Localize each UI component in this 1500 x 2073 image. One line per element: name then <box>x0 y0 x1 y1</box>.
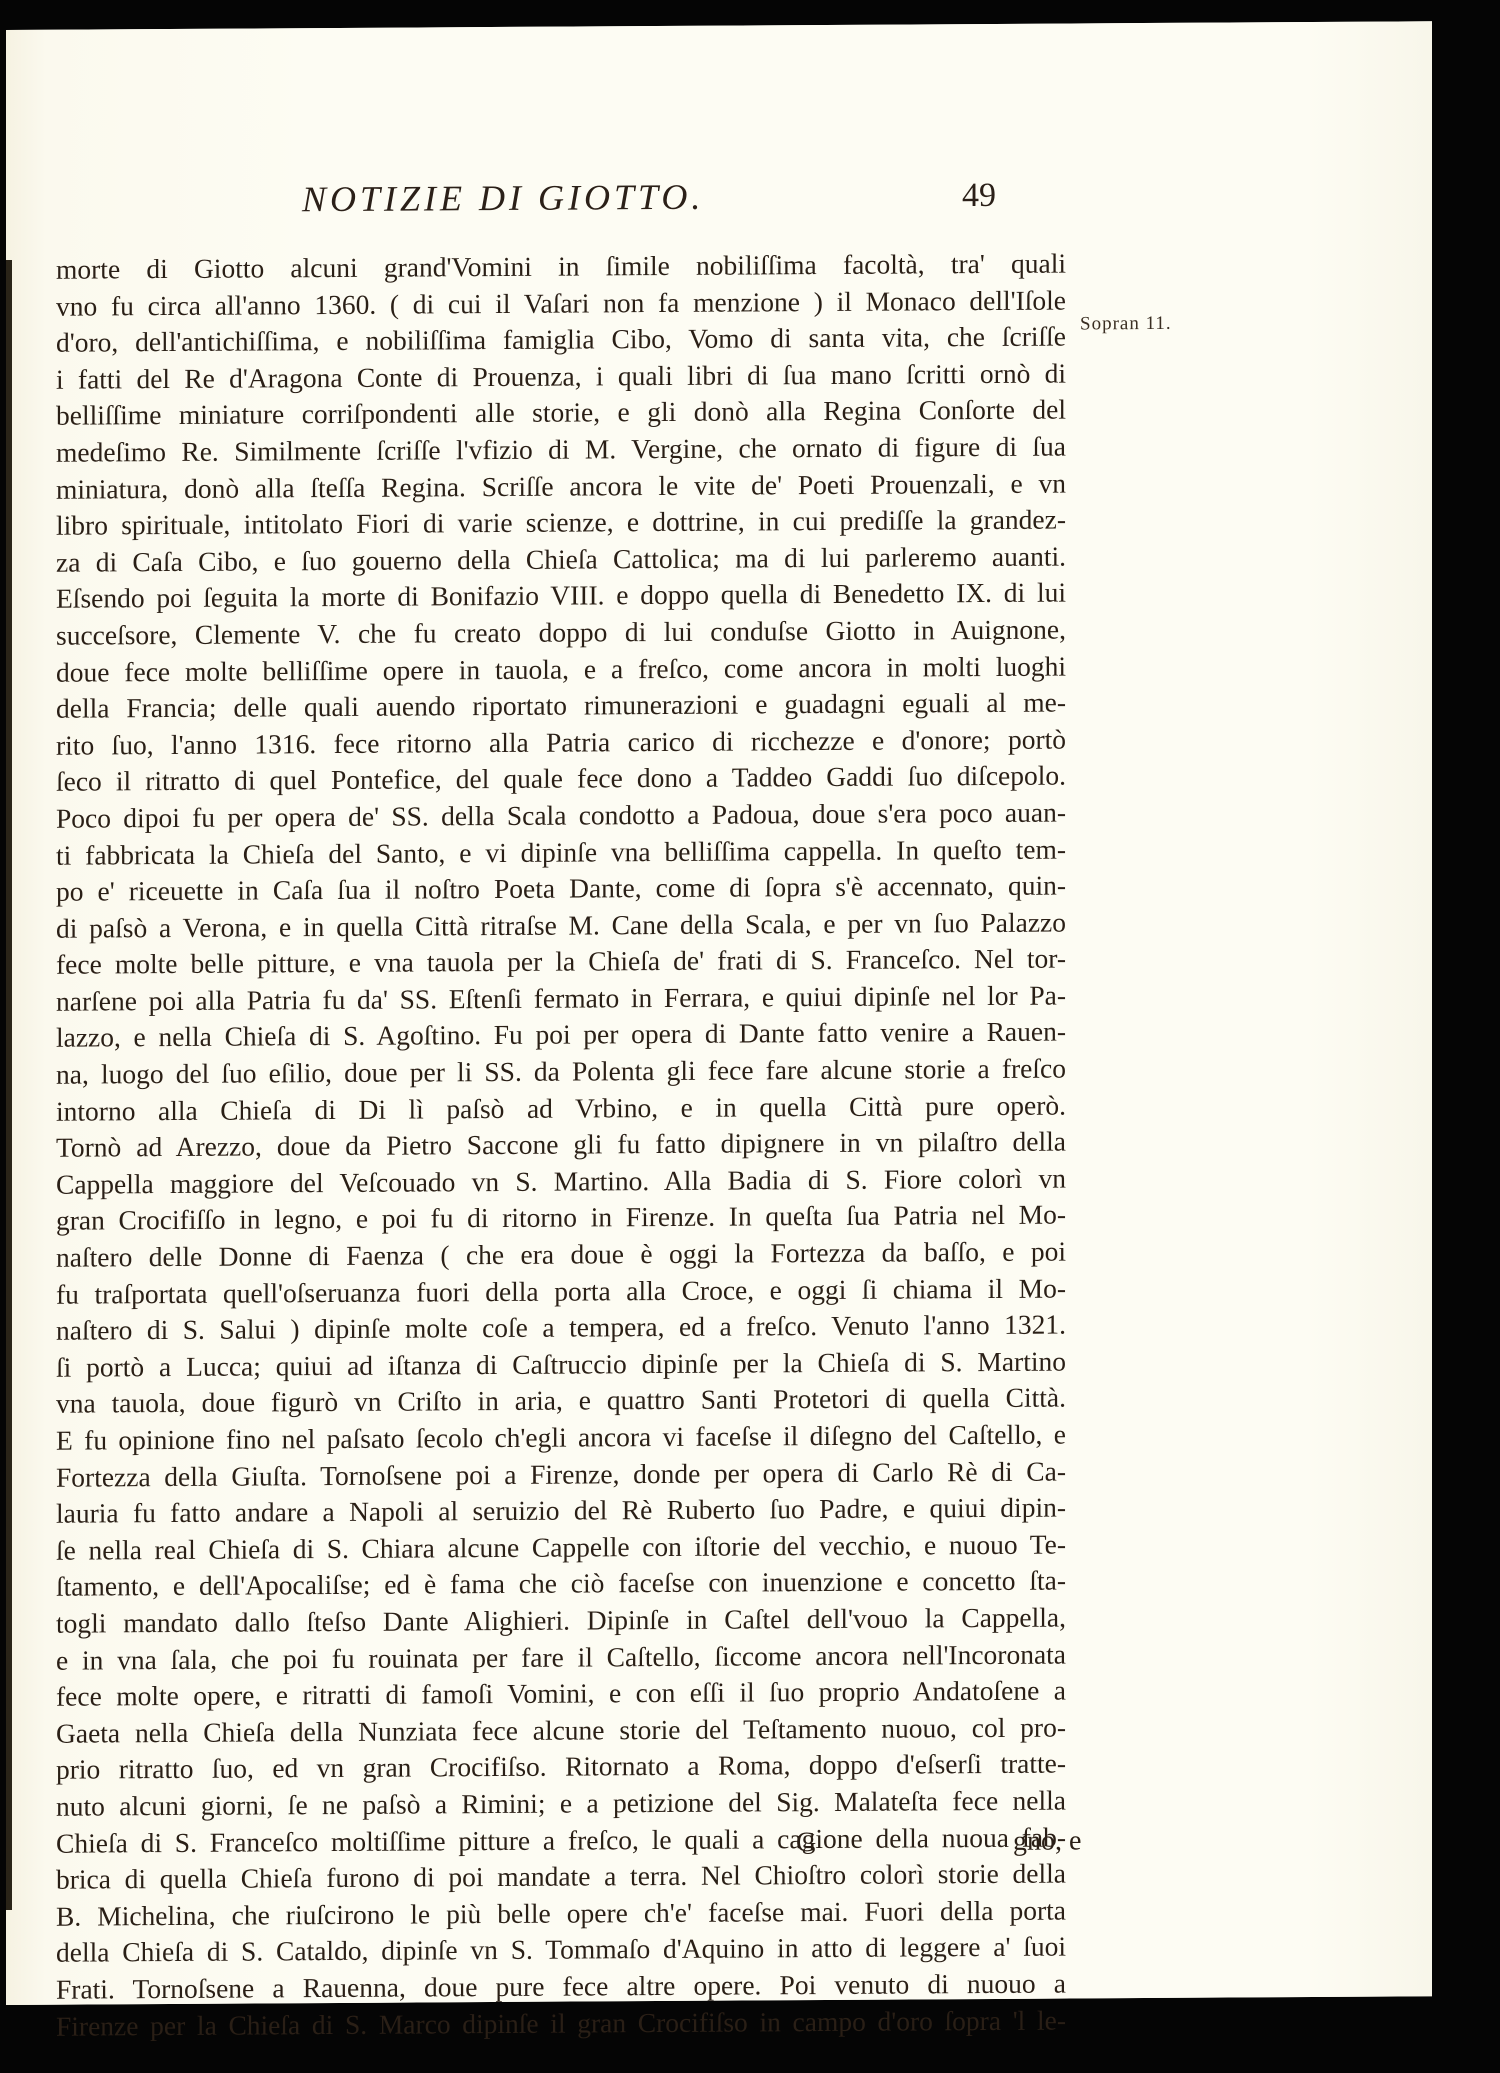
text-line: di paſsò a Verona, e in quella Città rit… <box>56 904 1066 947</box>
text-line: libro spirituale, intitolato Fiori di va… <box>56 502 1066 545</box>
text-line: della Chieſa di S. Cataldo, dipinſe vn S… <box>56 1929 1066 1972</box>
text-line: della Francia; delle quali auendo riport… <box>56 685 1066 728</box>
text-line: Poco dipoi fu per opera de' SS. della Sc… <box>56 794 1066 837</box>
text-line: medeſimo Re. Similmente ſcriſſe l'vfizio… <box>56 428 1066 471</box>
text-line: miniatura, donò alla ſteſſa Regina. Scri… <box>56 465 1066 508</box>
text-line: naſtero delle Donne di Faenza ( che era … <box>56 1234 1066 1277</box>
book-page: NOTIZIE DI GIOTTO. 49 Sopran 11. morte d… <box>6 21 1432 2005</box>
signature-mark: G <box>796 1827 816 1859</box>
text-line: lazzo, e nella Chieſa di S. Agoſtino. Fu… <box>56 1014 1066 1057</box>
text-line: nuto alcuni giorni, ſe ne paſsò a Rimini… <box>56 1782 1066 1825</box>
text-line: fu traſportata quell'oſseruanza fuori de… <box>56 1270 1066 1313</box>
text-line: intorno alla Chieſa di Di lì paſsò ad Vr… <box>56 1087 1066 1130</box>
text-line: ſi portò a Lucca; quiui ad iſtanza di Ca… <box>56 1343 1066 1386</box>
text-line: ſe nella real Chieſa di S. Chiara alcune… <box>56 1526 1066 1569</box>
catchword: gno, e <box>1013 1825 1081 1857</box>
body-text: morte di Giotto alcuni grand'Vomini in ſ… <box>56 246 1066 2045</box>
text-line: i fatti del Re d'Aragona Conte di Prouen… <box>56 355 1066 398</box>
text-line: gran Crocifiſſo in legno, e poi fu di ri… <box>56 1197 1066 1240</box>
text-line: naſtero di S. Salui ) dipinſe molte coſe… <box>56 1307 1066 1350</box>
text-line: po e' riceuette in Caſa ſua il noſtro Po… <box>56 868 1066 911</box>
margin-note: Sopran 11. <box>1080 313 1172 336</box>
text-line: brica di quella Chieſa furono di poi man… <box>56 1856 1066 1899</box>
text-line: za di Caſa Cibo, e ſuo gouerno della Chi… <box>56 538 1066 581</box>
page-edge-shadow <box>6 260 12 1910</box>
text-line: fece molte belle pitture, e vna tauola p… <box>56 941 1066 984</box>
running-title: NOTIZIE DI GIOTTO. <box>302 176 704 220</box>
text-line: Cappella maggiore del Veſcouado vn S. Ma… <box>56 1160 1066 1203</box>
text-line: narſene poi alla Patria fu da' SS. Eſten… <box>56 977 1066 1020</box>
text-line: prio ritratto ſuo, ed vn gran Crocifiſso… <box>56 1746 1066 1789</box>
text-line: succeſsore, Clemente V. che fu creato do… <box>56 611 1066 654</box>
text-line: togli mandato dallo ſteſso Dante Alighie… <box>56 1599 1066 1642</box>
text-line: Tornò ad Arezzo, doue da Pietro Saccone … <box>56 1124 1066 1167</box>
text-line: na, luogo del ſuo eſilio, doue per li SS… <box>56 1051 1066 1094</box>
text-line: Gaeta nella Chieſa della Nunziata fece a… <box>56 1709 1066 1752</box>
text-line: doue fece molte belliſſime opere in tauo… <box>56 648 1066 691</box>
text-line: ſeco il ritratto di quel Pontefice, del … <box>56 758 1066 801</box>
text-line: lauria fu fatto andare a Napoli al serui… <box>56 1490 1066 1533</box>
text-line: Frati. Tornoſsene a Rauenna, doue pure f… <box>56 1965 1066 2008</box>
text-line: belliſſime miniature corriſpondenti alle… <box>56 392 1066 435</box>
text-line: Chieſa di S. Franceſco moltiſſime pittur… <box>56 1819 1066 1862</box>
text-line: vna tauola, doue figurò vn Criſto in ari… <box>56 1380 1066 1423</box>
text-line: d'oro, dell'antichiſſima, e nobiliſſima … <box>56 319 1066 362</box>
text-line: vno fu circa all'anno 1360. ( di cui il … <box>56 282 1066 325</box>
text-line: Firenze per la Chieſa di S. Marco dipinſ… <box>56 2002 1066 2045</box>
text-line: rito ſuo, l'anno 1316. fece ritorno alla… <box>56 721 1066 764</box>
text-line: morte di Giotto alcuni grand'Vomini in ſ… <box>56 246 1066 289</box>
text-line: Eſsendo poi ſeguita la morte di Bonifazi… <box>56 575 1066 618</box>
text-line: E fu opinione fino nel paſsato ſecolo ch… <box>56 1417 1066 1460</box>
page-number: 49 <box>962 177 996 215</box>
page-header: NOTIZIE DI GIOTTO. 49 <box>6 21 1432 30</box>
text-line: ti fabbricata la Chieſa del Santo, e vi … <box>56 831 1066 874</box>
text-line: e in vna ſala, che poi fu rouinata per f… <box>56 1636 1066 1679</box>
text-line: ſtamento, e dell'Apocaliſse; ed è fama c… <box>56 1563 1066 1606</box>
text-line: fece molte opere, e ritratti di famoſi V… <box>56 1673 1066 1716</box>
text-line: Fortezza della Giuſta. Tornoſsene poi a … <box>56 1453 1066 1496</box>
text-line: B. Michelina, che riuſcirono le più bell… <box>56 1892 1066 1935</box>
